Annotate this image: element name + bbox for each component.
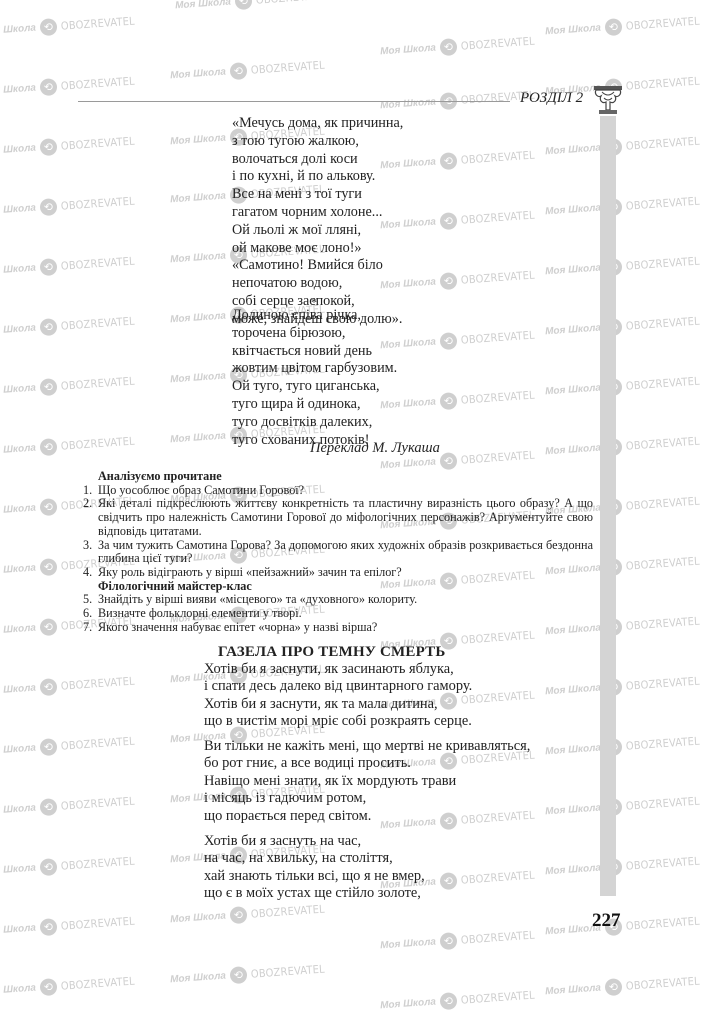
- watermark: Моя Школа⟲OBOZREVATEL: [0, 13, 135, 41]
- arrow-circle-icon: ⟲: [439, 152, 457, 170]
- watermark-school: Моя Школа: [545, 23, 601, 38]
- watermark: Моя Школа⟲OBOZREVATEL: [175, 0, 331, 14]
- arrow-circle-icon: ⟲: [439, 992, 457, 1010]
- watermark: Моя Школа⟲OBOZREVATEL: [545, 853, 701, 881]
- arrow-circle-icon: ⟲: [439, 452, 457, 470]
- watermark-brand: OBOZREVATEL: [460, 149, 535, 167]
- watermark: Моя Школа⟲OBOZREVATEL: [0, 793, 135, 821]
- watermark-school: Моя Школа: [0, 263, 36, 278]
- masterclass-list: 5.Знайдіть у вірші вияви «місцевого» та …: [83, 593, 593, 634]
- watermark-school: Моя Школа: [0, 863, 36, 878]
- gazela-stanza-2: Ви тільки не кажіть мені, що мертві не к…: [204, 738, 530, 825]
- watermark-school: Моя Школа: [545, 143, 601, 158]
- question-text: Які деталі підкреслюють життєву конкретн…: [98, 497, 593, 538]
- arrow-circle-icon: ⟲: [439, 392, 457, 410]
- verse-line: Ой туго, туго циганська,: [232, 378, 397, 396]
- watermark-brand: OBOZREVATEL: [60, 195, 135, 213]
- verse-line: і по кухні, й по алькову.: [232, 168, 403, 186]
- watermark-school: Моя Школа: [545, 803, 601, 818]
- question-number: 7.: [83, 621, 98, 635]
- watermark-brand: OBOZREVATEL: [625, 555, 700, 573]
- arrow-circle-icon: ⟲: [39, 978, 57, 996]
- watermark: Моя Школа⟲OBOZREVATEL: [545, 193, 701, 221]
- verse-line: ой макове моє лоно!»: [232, 240, 403, 258]
- question-number: 6.: [83, 607, 98, 621]
- question-item: 2.Які деталі підкреслюють життєву конкре…: [83, 497, 593, 538]
- watermark-school: Моя Школа: [0, 683, 36, 698]
- watermark-school: Моя Школа: [0, 203, 36, 218]
- arrow-circle-icon: ⟲: [39, 618, 57, 636]
- watermark-brand: OBOZREVATEL: [60, 915, 135, 933]
- watermark: Моя Школа⟲OBOZREVATEL: [545, 433, 701, 461]
- watermark: Моя Школа⟲OBOZREVATEL: [545, 133, 701, 161]
- watermark: Моя Школа⟲OBOZREVATEL: [0, 73, 135, 101]
- arrow-circle-icon: ⟲: [39, 78, 57, 96]
- watermark-brand: OBOZREVATEL: [625, 195, 700, 213]
- watermark-brand: OBOZREVATEL: [60, 255, 135, 273]
- watermark: Моя Школа⟲OBOZREVATEL: [380, 927, 536, 955]
- verse-line: на час, на хвильку, на століття,: [204, 850, 425, 867]
- arrow-circle-icon: ⟲: [39, 678, 57, 696]
- arrow-circle-icon: ⟲: [39, 198, 57, 216]
- watermark-brand: OBOZREVATEL: [60, 855, 135, 873]
- watermark-brand: OBOZREVATEL: [625, 375, 700, 393]
- verse-line: «Самотино! Вмийся біло: [232, 257, 403, 275]
- arrow-circle-icon: ⟲: [229, 966, 247, 984]
- watermark-brand: OBOZREVATEL: [625, 915, 700, 933]
- verse-line: Ви тільки не кажіть мені, що мертві не к…: [204, 738, 530, 755]
- watermark-brand: OBOZREVATEL: [460, 35, 535, 53]
- watermark: Моя Школа⟲OBOZREVATEL: [545, 313, 701, 341]
- verse-line: квітчається новий день: [232, 343, 397, 361]
- question-text: За чим тужить Самотина Горова? За допомо…: [98, 539, 593, 566]
- watermark-brand: OBOZREVATEL: [625, 495, 700, 513]
- verse-line: хай знають тільки всі, що я не вмер,: [204, 868, 425, 885]
- watermark-school: Моя Школа: [0, 23, 36, 38]
- watermark-brand: OBOZREVATEL: [60, 135, 135, 153]
- question-number: 4.: [83, 566, 98, 580]
- watermark-school: Моя Школа: [545, 743, 601, 758]
- column-capital-icon: [592, 84, 624, 116]
- arrow-circle-icon: ⟲: [604, 18, 622, 36]
- watermark-brand: OBOZREVATEL: [60, 975, 135, 993]
- verse-line: торочена бірюзою,: [232, 325, 397, 343]
- watermark-school: Моя Школа: [0, 443, 36, 458]
- watermark-school: Моя Школа: [0, 923, 36, 938]
- question-item: 5.Знайдіть у вірші вияви «місцевого» та …: [83, 593, 593, 607]
- arrow-circle-icon: ⟲: [39, 738, 57, 756]
- question-text: Якого значення набуває епітет «чорна» у …: [98, 621, 593, 635]
- watermark-brand: OBOZREVATEL: [625, 75, 700, 93]
- watermark-school: Моя Школа: [380, 43, 436, 58]
- watermark: Моя Школа⟲OBOZREVATEL: [545, 253, 701, 281]
- watermark-school: Моя Школа: [170, 911, 226, 926]
- question-item: 6.Визначте фольклорні елементи у творі.: [83, 607, 593, 621]
- watermark-brand: OBOZREVATEL: [460, 989, 535, 1007]
- arrow-circle-icon: ⟲: [39, 18, 57, 36]
- watermark: Моя Школа⟲OBOZREVATEL: [0, 673, 135, 701]
- verse-line: і спати десь далеко від цвинтарного гамо…: [204, 678, 472, 695]
- watermark-school: Моя Школа: [545, 863, 601, 878]
- watermark-school: Моя Школа: [380, 97, 436, 112]
- arrow-circle-icon: ⟲: [439, 872, 457, 890]
- verse-line: Хотів би я заснуть на час,: [204, 833, 425, 850]
- watermark: Моя Школа⟲OBOZREVATEL: [545, 673, 701, 701]
- question-item: 4.Яку роль відіграють у вірші «пейзажний…: [83, 566, 593, 580]
- watermark-brand: OBOZREVATEL: [250, 903, 325, 921]
- masterclass-heading: Філологічний майстер-клас: [83, 580, 593, 594]
- watermark-brand: OBOZREVATEL: [60, 435, 135, 453]
- arrow-circle-icon: ⟲: [439, 38, 457, 56]
- watermark-school: Моя Школа: [545, 443, 601, 458]
- verse-line: Ой льолі ж мої лляні,: [232, 222, 403, 240]
- watermark-brand: OBOZREVATEL: [460, 209, 535, 227]
- watermark: Моя Школа⟲OBOZREVATEL: [545, 913, 701, 941]
- questions-section: Аналізуємо прочитане 1.Що уособлює образ…: [83, 470, 593, 634]
- verse-line: Все на мені з тої туги: [232, 186, 403, 204]
- verse-line: Долиною співа річка,: [232, 307, 397, 325]
- watermark-brand: OBOZREVATEL: [60, 75, 135, 93]
- arrow-circle-icon: ⟲: [229, 62, 247, 80]
- watermark: Моя Школа⟲OBOZREVATEL: [0, 913, 135, 941]
- column-shaft: [600, 116, 616, 896]
- arrow-circle-icon: ⟲: [39, 258, 57, 276]
- watermark-brand: OBOZREVATEL: [625, 615, 700, 633]
- watermark-brand: OBOZREVATEL: [625, 255, 700, 273]
- watermark-brand: OBOZREVATEL: [625, 135, 700, 153]
- gazela-stanza-1: Хотів би я заснути, як засинають яблука,…: [204, 661, 472, 731]
- arrow-circle-icon: ⟲: [39, 558, 57, 576]
- question-item: 3.За чим тужить Самотина Горова? За допо…: [83, 539, 593, 566]
- poem-stanza-1: «Мечусь дома, як причинна,з тою тугою жа…: [232, 115, 403, 329]
- question-text: Знайдіть у вірші вияви «місцевого» та «д…: [98, 593, 593, 607]
- verse-line: що є в моїх устах ще стійло золоте,: [204, 885, 425, 902]
- watermark-brand: OBOZREVATEL: [60, 315, 135, 333]
- verse-line: бо рот гниє, а все водиці просить.: [204, 755, 530, 772]
- question-number: 2.: [83, 497, 98, 538]
- watermark-school: Моя Школа: [170, 67, 226, 82]
- watermark: Моя Школа⟲OBOZREVATEL: [380, 987, 536, 1015]
- gazela-stanza-3: Хотів би я заснуть на час,на час, на хви…: [204, 833, 425, 903]
- page-number: 227: [592, 910, 621, 932]
- watermark-school: Моя Школа: [170, 971, 226, 986]
- watermark-brand: OBOZREVATEL: [255, 0, 330, 7]
- arrow-circle-icon: ⟲: [439, 272, 457, 290]
- watermark-brand: OBOZREVATEL: [60, 735, 135, 753]
- watermark-brand: OBOZREVATEL: [625, 795, 700, 813]
- watermark-school: Моя Школа: [0, 743, 36, 758]
- verse-line: туго досвітків далеких,: [232, 414, 397, 432]
- verse-line: непочатою водою,: [232, 275, 403, 293]
- watermark: Моя Школа⟲OBOZREVATEL: [170, 961, 326, 989]
- question-number: 3.: [83, 539, 98, 566]
- watermark: Моя Школа⟲OBOZREVATEL: [0, 433, 135, 461]
- watermark: Моя Школа⟲OBOZREVATEL: [0, 193, 135, 221]
- watermark-brand: OBOZREVATEL: [60, 795, 135, 813]
- watermark: Моя Школа⟲OBOZREVATEL: [545, 733, 701, 761]
- watermark-school: Моя Школа: [380, 937, 436, 952]
- watermark-brand: OBOZREVATEL: [625, 735, 700, 753]
- watermark-school: Моя Школа: [0, 563, 36, 578]
- verse-line: що в чистім морі мріє собі розкраять сер…: [204, 713, 472, 730]
- section-label: РОЗДІЛ 2: [520, 90, 583, 107]
- arrow-circle-icon: ⟲: [39, 858, 57, 876]
- watermark-school: Моя Школа: [170, 251, 226, 266]
- watermark-brand: OBOZREVATEL: [625, 315, 700, 333]
- question-number: 5.: [83, 593, 98, 607]
- question-number: 1.: [83, 484, 98, 498]
- verse-line: «Мечусь дома, як причинна,: [232, 115, 403, 133]
- watermark: Моя Школа⟲OBOZREVATEL: [0, 853, 135, 881]
- watermark: Моя Школа⟲OBOZREVATEL: [0, 973, 135, 1001]
- watermark-brand: OBOZREVATEL: [625, 435, 700, 453]
- watermark: Моя Школа⟲OBOZREVATEL: [170, 57, 326, 85]
- watermark-brand: OBOZREVATEL: [250, 963, 325, 981]
- arrow-circle-icon: ⟲: [604, 978, 622, 996]
- watermark-school: Моя Школа: [170, 311, 226, 326]
- poem-title: ГАЗЕЛА ПРО ТЕМНУ СМЕРТЬ: [218, 644, 445, 661]
- watermark-school: Моя Школа: [0, 803, 36, 818]
- watermark-brand: OBOZREVATEL: [625, 15, 700, 33]
- verse-line: Навіщо мені знати, як їх мордують трави: [204, 773, 530, 790]
- watermark: Моя Школа⟲OBOZREVATEL: [545, 373, 701, 401]
- watermark-school: Моя Школа: [545, 683, 601, 698]
- watermark-school: Моя Школа: [0, 83, 36, 98]
- watermark-school: Моя Школа: [0, 383, 36, 398]
- arrow-circle-icon: ⟲: [39, 498, 57, 516]
- arrow-circle-icon: ⟲: [439, 212, 457, 230]
- questions-heading: Аналізуємо прочитане: [83, 470, 593, 484]
- poem-stanza-2: Долиною співа річка,торочена бірюзою,кві…: [232, 307, 397, 449]
- arrow-circle-icon: ⟲: [439, 932, 457, 950]
- watermark-brand: OBOZREVATEL: [250, 59, 325, 77]
- verse-line: і місяць із гадючим ротом,: [204, 790, 530, 807]
- arrow-circle-icon: ⟲: [39, 918, 57, 936]
- question-item: 7.Якого значення набуває епітет «чорна» …: [83, 621, 593, 635]
- watermark-school: Моя Школа: [170, 191, 226, 206]
- arrow-circle-icon: ⟲: [39, 438, 57, 456]
- watermark-brand: OBOZREVATEL: [460, 929, 535, 947]
- verse-line: туго щира й одинока,: [232, 396, 397, 414]
- watermark-school: Моя Школа: [0, 623, 36, 638]
- verse-line: з тою тугою жалкою,: [232, 133, 403, 151]
- translator-credit: Переклад М. Лукаша: [310, 440, 440, 457]
- watermark: Моя Школа⟲OBOZREVATEL: [380, 33, 536, 61]
- question-text: Визначте фольклорні елементи у творі.: [98, 607, 593, 621]
- watermark-brand: OBOZREVATEL: [625, 975, 700, 993]
- watermark-brand: OBOZREVATEL: [625, 675, 700, 693]
- watermark-school: Моя Школа: [0, 503, 36, 518]
- watermark-school: Моя Школа: [175, 0, 231, 11]
- watermark: Моя Школа⟲OBOZREVATEL: [0, 133, 135, 161]
- arrow-circle-icon: ⟲: [39, 798, 57, 816]
- verse-line: жовтим цвітом гарбузовим.: [232, 360, 397, 378]
- watermark: Моя Школа⟲OBOZREVATEL: [545, 793, 701, 821]
- watermark: Моя Школа⟲OBOZREVATEL: [380, 327, 536, 355]
- watermark-brand: OBOZREVATEL: [460, 329, 535, 347]
- question-text: Яку роль відіграють у вірші «пейзажний» …: [98, 566, 593, 580]
- watermark-school: Моя Школа: [545, 203, 601, 218]
- watermark-school: Моя Школа: [545, 983, 601, 998]
- arrow-circle-icon: ⟲: [39, 318, 57, 336]
- question-item: 1.Що уособлює образ Самотини Горової?: [83, 484, 593, 498]
- verse-line: гагатом чорним холоне...: [232, 204, 403, 222]
- watermark-brand: OBOZREVATEL: [60, 375, 135, 393]
- watermark-school: Моя Школа: [545, 263, 601, 278]
- questions-list: 1.Що уособлює образ Самотини Горової?2.Я…: [83, 484, 593, 580]
- header-rule: [78, 101, 510, 102]
- watermark-brand: OBOZREVATEL: [60, 15, 135, 33]
- watermark-brand: OBOZREVATEL: [460, 389, 535, 407]
- watermark-school: Моя Школа: [545, 383, 601, 398]
- watermark: Моя Школа⟲OBOZREVATEL: [545, 13, 701, 41]
- watermark: Моя Школа⟲OBOZREVATEL: [0, 253, 135, 281]
- watermark-school: Моя Школа: [0, 323, 36, 338]
- watermark: Моя Школа⟲OBOZREVATEL: [0, 313, 135, 341]
- watermark-school: Моя Школа: [170, 431, 226, 446]
- watermark: Моя Школа⟲OBOZREVATEL: [0, 733, 135, 761]
- verse-line: що порається перед світом.: [204, 808, 530, 825]
- verse-line: Хотів би я заснути, як та мала дитина,: [204, 696, 472, 713]
- watermark: Моя Школа⟲OBOZREVATEL: [0, 373, 135, 401]
- watermark-school: Моя Школа: [380, 997, 436, 1012]
- arrow-circle-icon: ⟲: [229, 906, 247, 924]
- watermark-school: Моя Школа: [0, 983, 36, 998]
- watermark-brand: OBOZREVATEL: [460, 449, 535, 467]
- verse-line: волочаться долі коси: [232, 151, 403, 169]
- watermark-school: Моя Школа: [545, 323, 601, 338]
- watermark: Моя Школа⟲OBOZREVATEL: [170, 901, 326, 929]
- watermark-brand: OBOZREVATEL: [625, 855, 700, 873]
- arrow-circle-icon: ⟲: [39, 138, 57, 156]
- watermark-school: Моя Школа: [170, 371, 226, 386]
- watermark-school: Моя Школа: [0, 143, 36, 158]
- watermark: Моя Школа⟲OBOZREVATEL: [545, 973, 701, 1001]
- arrow-circle-icon: ⟲: [234, 0, 252, 10]
- watermark-school: Моя Школа: [170, 133, 226, 148]
- arrow-circle-icon: ⟲: [439, 332, 457, 350]
- arrow-circle-icon: ⟲: [39, 378, 57, 396]
- verse-line: Хотів би я заснути, як засинають яблука,: [204, 661, 472, 678]
- question-text: Що уособлює образ Самотини Горової?: [98, 484, 593, 498]
- watermark-brand: OBOZREVATEL: [460, 269, 535, 287]
- watermark-brand: OBOZREVATEL: [60, 675, 135, 693]
- watermark-brand: OBOZREVATEL: [460, 869, 535, 887]
- watermark: Моя Школа⟲OBOZREVATEL: [380, 387, 536, 415]
